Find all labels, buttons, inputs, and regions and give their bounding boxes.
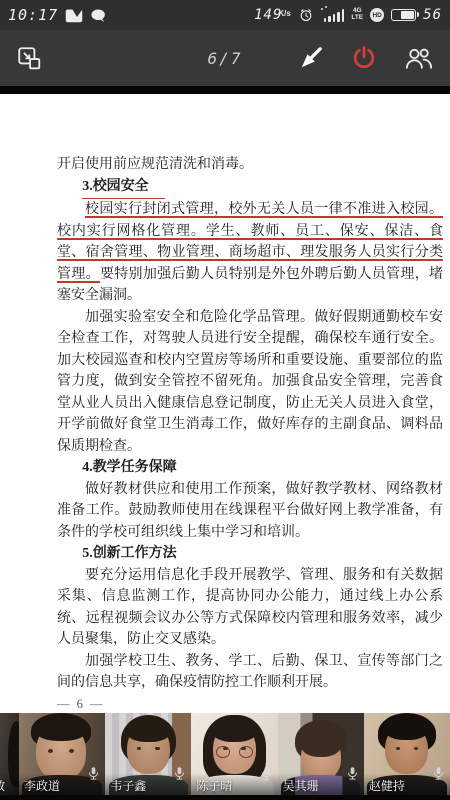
shrink-window-button[interactable] [16, 45, 42, 71]
participants-button[interactable] [404, 45, 434, 71]
participant-name: 韦子鑫 [110, 777, 146, 794]
doc-paragraph: 加强学校卫生、教务、学工、后勤、保卫、宣传等部门之间的信息共享，确保疫情防控工作… [57, 651, 443, 694]
mic-icon [172, 764, 187, 783]
mic-icon [431, 764, 446, 783]
status-bar: 10:17 149K/s 4G L [0, 0, 450, 30]
doc-paragraph: 做好教材供应和使用工作预案，做好教学教材、网络教材准备工作。鼓励教师使用在线课程… [57, 479, 443, 544]
signal-bars-icon [324, 8, 345, 22]
end-session-button[interactable] [350, 44, 378, 72]
doc-paragraph: 校园实行封闭式管理，校外无关人员一律不准进入校园。校内实行网格化管理。学生、教师… [57, 199, 443, 307]
clock-time: 10:17 [8, 6, 58, 24]
network-speed: 149K/s [254, 6, 291, 24]
separator [0, 795, 450, 800]
participants-icon [404, 45, 434, 71]
video-tile[interactable]: 陈子晴 [191, 713, 277, 795]
exit-fullscreen-icon [16, 45, 42, 71]
pointer-tool-button[interactable] [298, 45, 324, 71]
mic-icon [86, 764, 101, 783]
mic-icon [345, 764, 360, 783]
video-tile[interactable]: 敏 [0, 713, 19, 795]
screenshot-icon [65, 8, 83, 23]
doc-page-number: — 6 — [57, 694, 443, 714]
phone-screen: 10:17 149K/s 4G L [0, 0, 450, 800]
alarm-clock-icon [298, 7, 314, 23]
mic-icon [259, 764, 274, 783]
shared-document-page[interactable]: 开启使用前应规范清洗和消毒。 3.校园安全 校园实行封闭式管理，校外无关人员一律… [0, 94, 450, 713]
video-tile[interactable]: 李政道 [19, 713, 105, 795]
video-strip: 敏 李政道 韦子鑫 [0, 713, 450, 795]
doc-heading-teaching-tasks: 4.教学任务保障 [57, 457, 443, 479]
chat-bubble-icon [90, 8, 107, 23]
doc-heading-campus-safety: 3.校园安全 [57, 176, 443, 200]
hd-icon: HD [370, 8, 384, 22]
glasses [216, 746, 252, 758]
battery-percent: 56 [423, 7, 442, 23]
doc-paragraph: 要充分运用信息化手段开展教学、管理、服务和有关数据采集、信息监测工作，提高协同办… [57, 565, 443, 651]
separator [0, 86, 450, 94]
battery-icon [391, 9, 416, 21]
avatar [8, 721, 19, 787]
doc-paragraph: 加强实验室安全和危险化学品管理。做好假期通勤校车安全检查工作，对驾驶人员进行安全… [57, 307, 443, 458]
power-icon [350, 44, 378, 72]
participant-name: 赵健持 [369, 777, 405, 794]
video-tile[interactable]: 赵健持 [364, 713, 450, 795]
video-tile[interactable]: 吴其珊 [278, 713, 364, 795]
doc-paragraph: 开启使用前应规范清洗和消毒。 [57, 154, 443, 176]
participant-name: 吴其珊 [283, 777, 319, 794]
arrow-cursor-icon [298, 45, 324, 71]
video-tile[interactable]: 韦子鑫 [105, 713, 191, 795]
meeting-toolbar: 6/7 [0, 30, 450, 86]
participant-name: 李政道 [24, 777, 60, 794]
network-type-badge: 4G LTE [351, 8, 363, 22]
participant-name: 陈子晴 [196, 777, 232, 794]
doc-heading-innovative-methods: 5.创新工作方法 [57, 543, 443, 565]
participant-name: 敏 [0, 777, 5, 794]
